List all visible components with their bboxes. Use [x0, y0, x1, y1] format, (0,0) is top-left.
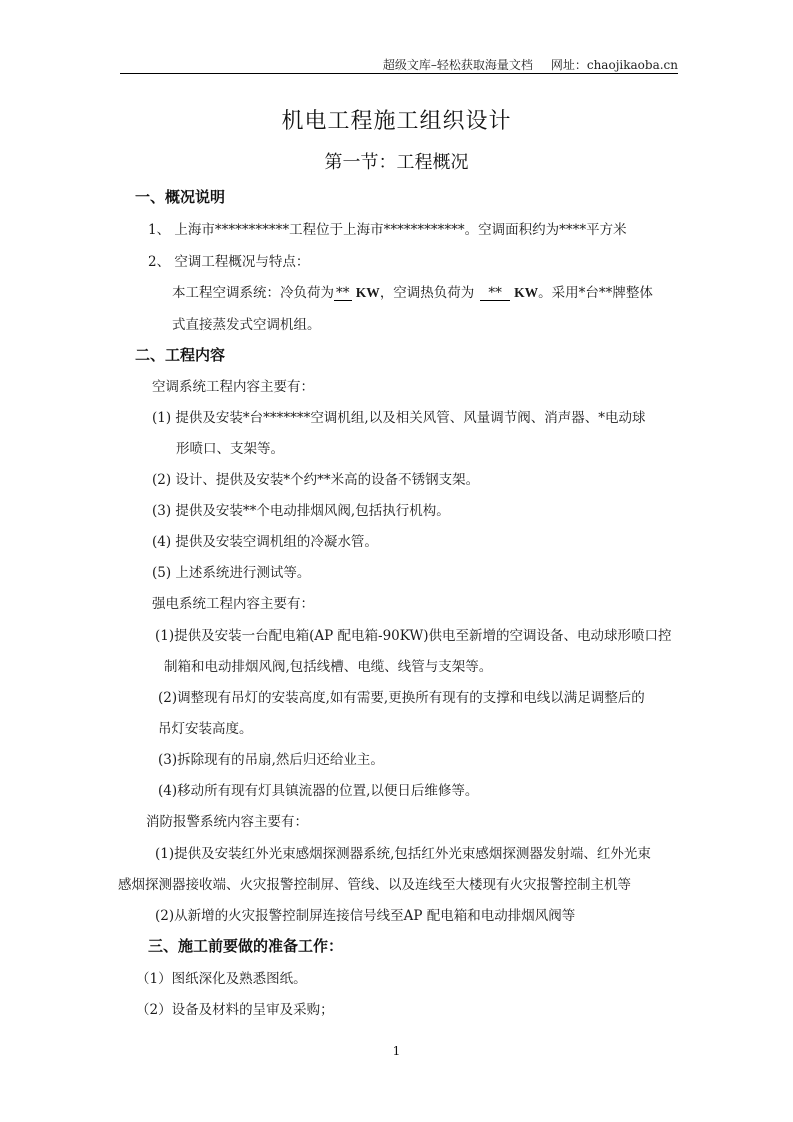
heading-preparation: 三、施工前要做的准备工作：	[148, 935, 343, 956]
power-item-1-cont: 制箱和电动排烟风阀,包括线槽、电缆、线管与支架等。	[164, 655, 492, 675]
header-url[interactable]: chaojikaoba.cn	[587, 58, 678, 72]
ac-item-5: (5) 上述系统进行测试等。	[152, 561, 310, 581]
section-title: 第一节：工程概况	[0, 148, 793, 174]
page-header: 超级文库–轻松获取海量文档网址：chaojikaoba.cn	[120, 56, 678, 74]
header-url-label: 网址：	[551, 58, 587, 72]
ac-overview-paragraph: 本工程空调系统：冷负荷为** KW，空调热负荷为** KW。采用*台**牌整体	[172, 281, 653, 301]
cooling-load-unit: KW	[356, 285, 380, 300]
ac-item-1: (1) 提供及安装*台*******空调机组,以及相关风管、风量调节阀、消声器、…	[152, 406, 645, 426]
power-item-2-cont: 吊灯安装高度。	[158, 717, 253, 737]
ac-system-intro: 空调系统工程内容主要有：	[152, 375, 314, 395]
heating-load-unit: KW	[514, 285, 538, 300]
ac-item-2: (2) 设计、提供及安装*个约**米高的设备不锈钢支架。	[152, 468, 479, 488]
prep-item-2: （2）设备及材料的呈审及采购；	[136, 998, 334, 1018]
power-item-2: (2)调整现有吊灯的安装高度,如有需要,更换所有现有的支撑和电线以满足调整后的	[158, 686, 645, 706]
ac-overview-prefix: 本工程空调系统：冷负荷为	[172, 285, 334, 301]
power-item-1: (1)提供及安装一台配电箱(AP 配电箱-90KW)供电至新增的空调设备、电动球…	[155, 624, 672, 644]
ac-overview-middle: ，空调热负荷为	[380, 285, 475, 301]
page-number: 1	[0, 1044, 793, 1058]
header-divider	[120, 73, 678, 74]
ac-overview-suffix: 。采用*台**牌整体	[538, 285, 653, 301]
power-item-3: (3)拆除现有的吊扇,然后归还给业主。	[158, 748, 384, 768]
heating-load-value: **	[480, 286, 510, 301]
heading-scope: 二、工程内容	[135, 344, 225, 365]
document-page: 超级文库–轻松获取海量文档网址：chaojikaoba.cn 机电工程施工组织设…	[0, 0, 793, 1122]
ac-item-4: (4) 提供及安装空调机组的冷凝水管。	[152, 530, 378, 550]
ac-overview-continuation: 式直接蒸发式空调机组。	[172, 313, 321, 333]
cooling-load-value: **	[334, 286, 352, 301]
power-item-4: (4)移动所有现有灯具镇流器的位置,以便日后维修等。	[158, 779, 478, 799]
ac-item-1-cont: 形喷口、支架等。	[176, 437, 284, 457]
document-title: 机电工程施工组织设计	[0, 104, 793, 135]
fire-item-1: (1)提供及安装红外光束感烟探测器系统,包括红外光束感烟探测器发射端、红外光束	[155, 842, 651, 862]
fire-alarm-intro: 消防报警系统内容主要有：	[146, 810, 308, 830]
fire-item-1-cont: 感烟探测器接收端、火灾报警控制屏、管线、以及连线至大楼现有火灾报警控制主机等	[118, 873, 631, 893]
prep-item-1: （1）图纸深化及熟悉图纸。	[136, 967, 307, 987]
power-system-intro: 强电系统工程内容主要有：	[152, 592, 314, 612]
overview-item-2: 2、 空调工程概况与特点：	[148, 250, 309, 270]
overview-item-1: 1、 上海市***********工程位于上海市************。空调面…	[148, 218, 627, 238]
heading-overview: 一、概况说明	[135, 186, 225, 207]
header-site-name: 超级文库–轻松获取海量文档	[383, 58, 533, 72]
fire-item-2: (2)从新增的火灾报警控制屏连接信号线至AP 配电箱和电动排烟风阀等	[155, 904, 575, 924]
ac-item-3: (3) 提供及安装**个电动排烟风阀,包括执行机构。	[152, 499, 450, 519]
